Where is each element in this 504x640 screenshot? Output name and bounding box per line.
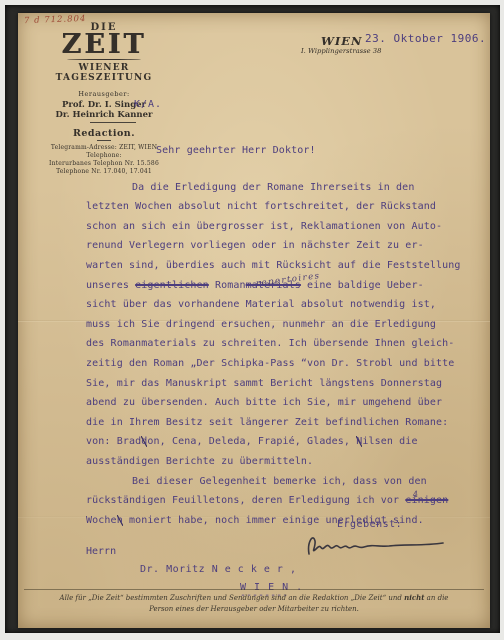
publisher-name-2: Dr. Heinrich Kanner: [38, 110, 170, 120]
publisher-label: Herausgeber:: [38, 90, 170, 98]
typed-line: muss ich Sie dringend ersuchen, nunmehr …: [86, 315, 486, 335]
typed-line: Da die Erledigung der Romane Ihrerseits …: [86, 178, 486, 198]
dateline-date: 23. Oktober 1906.: [365, 32, 486, 45]
typed-line: letzten Wochen absolut nicht fortschreit…: [86, 197, 486, 217]
letter-sheet: 7 d 712.804 DIE ZEIT WIENER TAGESZEITUNG…: [18, 13, 490, 628]
signature: [301, 528, 451, 564]
typed-line: schon an sich ein übergrosser ist, Rekla…: [86, 217, 486, 237]
typed-line: des Romanmaterials zu schreiten. Ich übe…: [86, 334, 486, 354]
typed-filing-note: K/A.: [134, 99, 162, 110]
typed-line: zeitig den Roman „Der Schipka-Pass “von …: [86, 354, 486, 374]
recipient-name: Dr. Moritz N e c k e r ,: [140, 564, 297, 575]
typed-line: Person eines der Herausgeber oder Mitarb…: [18, 604, 490, 615]
typed-line: die in Ihrem Besitz seit längerer Zeit b…: [86, 413, 486, 433]
masthead-subtitle: WIENER TAGESZEITUNG: [38, 63, 170, 83]
typed-line: Sehr geehrter Herr Doktor!: [86, 141, 486, 161]
dateline-street: I. Wipplingerstrasse 38: [301, 47, 381, 55]
logo-zeit: ZEIT: [38, 32, 170, 58]
typed-line: Sie, mir das Manuskript sammt Bericht lä…: [86, 374, 486, 394]
typed-line: ausständigen Berichte zu übermitteln.: [86, 452, 486, 472]
footer-note: Alle für „Die Zeit“ bestimmten Zuschrift…: [18, 592, 490, 615]
typed-line: von: Braddon, Cena, Deleda, Frapié, Glad…: [86, 432, 486, 452]
typed-line: sicht über das vorhandene Material absol…: [86, 295, 486, 315]
redaction-label: Redaction.: [38, 128, 170, 139]
photo-background: 7 d 712.804 DIE ZEIT WIENER TAGESZEITUNG…: [5, 5, 500, 633]
dateline-city: WIEN: [321, 34, 363, 48]
flourish-rule: [90, 122, 136, 123]
typed-line: unseres eigentlichen Romanmaterialsreper…: [86, 276, 486, 296]
letter-body: Sehr geehrter Herr Doktor!Da die Erledig…: [86, 141, 486, 530]
typed-line: Alle für „Die Zeit“ bestimmten Zuschrift…: [18, 592, 490, 604]
footer-rule: [24, 589, 484, 590]
typed-line: renund Verlegern vorliegen oder in nächs…: [86, 236, 486, 256]
recipient-salutation: Herrn: [86, 546, 116, 557]
typed-line: Bei dieser Gelegenheit bemerke ich, dass…: [86, 472, 486, 492]
typed-line: abend zu übersenden. Auch bitte ich Sie,…: [86, 393, 486, 413]
typed-line: rückständigen Feuilletons, deren Erledig…: [86, 491, 486, 511]
